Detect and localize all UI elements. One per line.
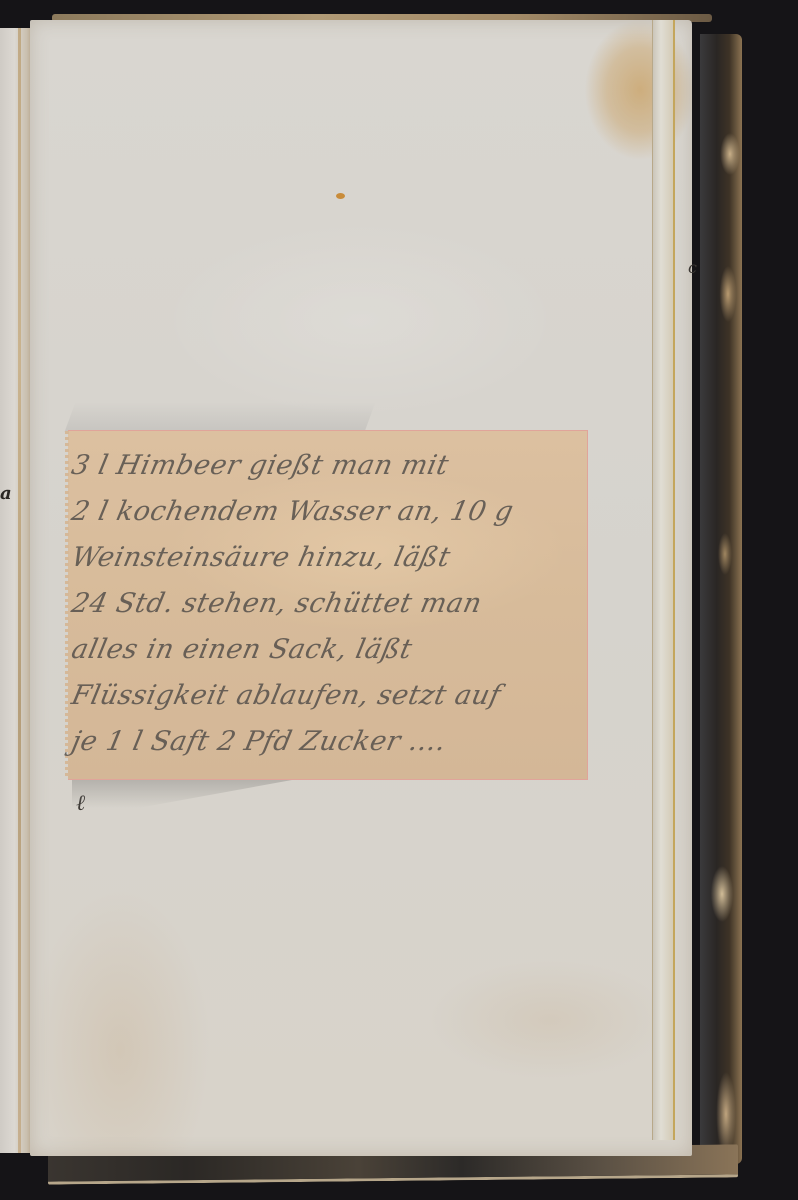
- page-edge-strip: [652, 20, 675, 1140]
- note-line-5: alles in einen Sack, läßt: [67, 627, 582, 673]
- recipe-note: 3 l Himbeer gießt man mit 2 l kochendem …: [68, 430, 588, 780]
- gutter-stain: [18, 28, 21, 1153]
- margin-mark-right: c: [688, 258, 697, 277]
- note-line-7: je 1 l Saft 2 Pfd Zucker ....: [67, 719, 582, 765]
- note-line-6: Flüssigkeit ablaufen, setzt auf: [67, 673, 582, 719]
- note-line-1: 3 l Himbeer gießt man mit: [67, 443, 582, 489]
- note-line-4: 24 Std. stehen, schüttet man: [67, 581, 582, 627]
- foxing-spot: [336, 193, 345, 199]
- note-shadow-top: [65, 402, 376, 432]
- note-line-3: Weinsteinsäure hinzu, läßt: [67, 535, 582, 581]
- left-page-ink-fragment: a: [0, 483, 12, 504]
- book-photo: a c ℓ 3 l Himbeer gießt man mit 2 l koch…: [0, 0, 798, 1200]
- note-line-2: 2 l kochendem Wasser an, 10 g: [67, 489, 582, 535]
- book-cover-right-edge: [700, 34, 742, 1164]
